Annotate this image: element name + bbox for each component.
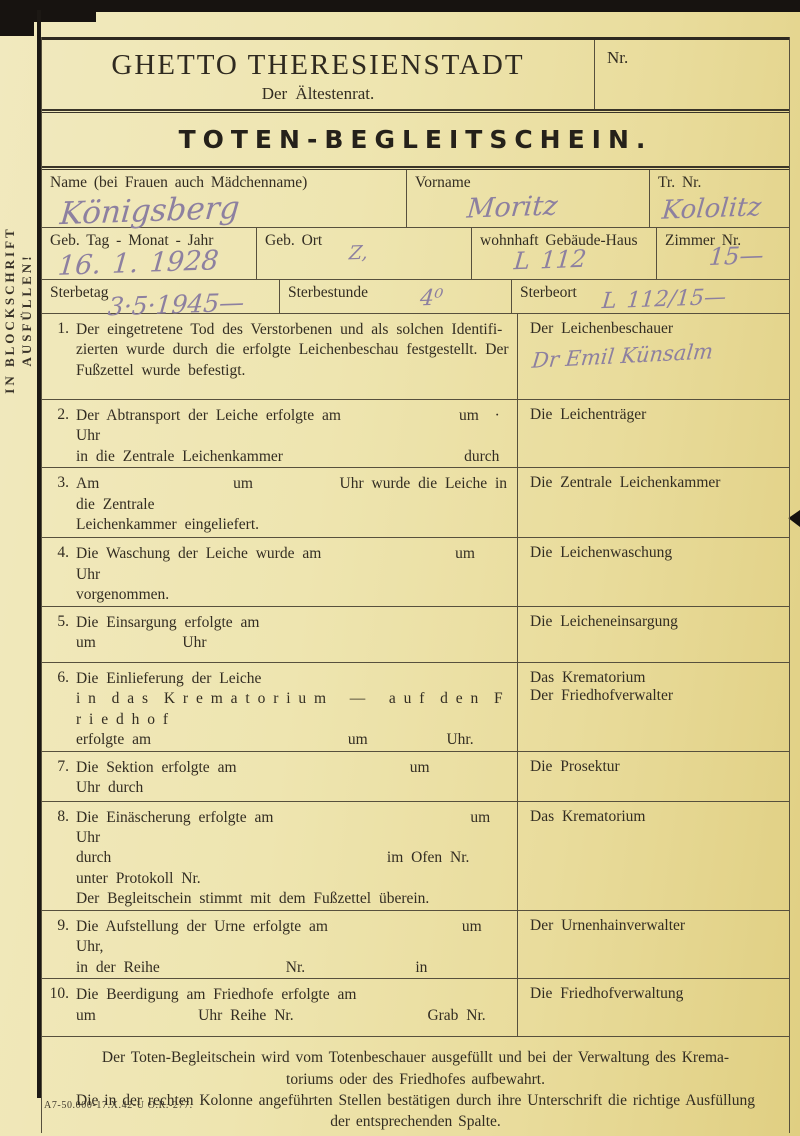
death-row: Sterbetag 3·5·1945— Sterbestunde 4⁰ Ster… xyxy=(42,280,789,314)
scan-edge-corner xyxy=(0,0,34,36)
department-subtitle: Der Ältestenrat. xyxy=(42,84,594,104)
number-box: Nr. xyxy=(594,40,789,109)
row-number: 3. xyxy=(46,474,76,537)
residence-field: wohnhaft Gebäude-Haus L 112 xyxy=(471,228,656,279)
name-row: Name (bei Frauen auch Mädchenname) König… xyxy=(42,170,789,228)
name-handwritten-value: Königsberg xyxy=(59,193,241,230)
vorname-handwritten-value: Moritz xyxy=(466,192,559,222)
room-nr-handwritten-value: 15— xyxy=(708,243,765,269)
birthdate-handwritten-value: 16. 1. 1928 xyxy=(57,247,220,280)
birthplace-field: Geb. Ort Z, xyxy=(256,228,471,279)
form-line: Am um Uhr wurde die Leiche in die Zentra… xyxy=(76,474,513,515)
vorname-field: Vorname Moritz xyxy=(406,170,649,227)
row-number: 5. xyxy=(46,613,76,662)
form-line: Der eingetretene Tod des Verstorbenen un… xyxy=(76,320,513,340)
form-line: durch im Ofen Nr. xyxy=(76,848,513,868)
confirmation-label: Das Krematorium xyxy=(530,808,785,826)
margin-note-line2: AUSFÜLLEN! xyxy=(18,160,35,460)
confirmation-cell: Der Urnenhainverwalter xyxy=(517,911,789,978)
confirmation-label: Die Prosektur xyxy=(530,758,785,776)
transport-nr-handwritten-value: Kololitz xyxy=(661,194,762,224)
organization-title: GHETTO THERESIENSTADT xyxy=(42,49,594,82)
confirmation-label: Die Leichenwaschung xyxy=(530,544,785,562)
death-place-handwritten-value: L 112/15— xyxy=(601,287,727,313)
confirmation-cell: Das Krematorium xyxy=(517,802,789,910)
form-line: in der Reihe Nr. in xyxy=(76,958,513,978)
footer-line: Der Toten-Begleitschein wird vom Totenbe… xyxy=(48,1047,783,1068)
death-hour-field: Sterbestunde 4⁰ xyxy=(279,280,511,313)
form-row-6: 6. Die Einlieferung der Leiche i n d a s… xyxy=(42,663,789,752)
form-row-8: 8. Die Einäscherung erfolgte am um Uhr d… xyxy=(42,802,789,911)
confirmation-label: Die Leichenträger xyxy=(530,406,785,424)
form-line: Die Aufstellung der Urne erfolgte am um … xyxy=(76,917,513,958)
birthplace-label: Geb. Ort xyxy=(265,232,322,249)
form-line: Die Beerdigung am Friedhofe erfolgte am xyxy=(76,985,513,1005)
death-date-field: Sterbetag 3·5·1945— xyxy=(42,280,279,313)
row-number: 9. xyxy=(46,917,76,978)
form-row-1: 1. Der eingetretene Tod des Verstorbenen… xyxy=(42,314,789,400)
footer-line: toriums oder des Friedhofes aufbewahrt. xyxy=(48,1069,783,1090)
form-row-3: 3. Am um Uhr wurde die Leiche in die Zen… xyxy=(42,468,789,538)
form-line: um Uhr xyxy=(76,633,513,653)
form-line: Fußzettel wurde befestigt. xyxy=(76,361,513,381)
form-row-10: 10. Die Beerdigung am Friedhofe erfolgte… xyxy=(42,979,789,1037)
row-number: 7. xyxy=(46,758,76,801)
confirmation-cell: Die Leicheneinsargung xyxy=(517,607,789,662)
form-line: i n d a s K r e m a t o r i u m — a u f … xyxy=(76,689,513,730)
confirmation-cell: Der Leichenbeschauer Dr Emil Künsalm xyxy=(517,314,789,399)
row-number: 8. xyxy=(46,808,76,910)
confirmation-label: Der Urnenhainverwalter xyxy=(530,917,785,935)
form-line: Der Begleitschein stimmt mit dem Fußzett… xyxy=(76,889,513,909)
confirmation-label: Der Leichenbeschauer xyxy=(530,320,785,338)
transport-nr-field: Tr. Nr. Kololitz xyxy=(649,170,789,227)
form-line: Leichenkammer eingeliefert. xyxy=(76,515,513,535)
margin-note-line1: IN BLOCKSCHRIFT xyxy=(1,160,18,460)
death-place-label: Sterbeort xyxy=(520,284,577,301)
confirmation-cell: Die Prosektur xyxy=(517,752,789,801)
form-line: erfolgte am um Uhr. xyxy=(76,730,513,750)
margin-note: IN BLOCKSCHRIFT AUSFÜLLEN! xyxy=(1,160,37,460)
vorname-label: Vorname xyxy=(415,174,471,191)
form-line: Die Waschung der Leiche wurde am um Uhr xyxy=(76,544,513,585)
form-row-5: 5. Die Einsargung erfolgte am um Uhr Die… xyxy=(42,607,789,663)
name-label: Name (bei Frauen auch Mädchenname) xyxy=(50,174,307,191)
confirmation-cell: Die Leichenwaschung xyxy=(517,538,789,605)
death-certificate-form: GHETTO THERESIENSTADT Der Ältestenrat. N… xyxy=(41,37,790,1133)
confirmation-label: Der Friedhofverwalter xyxy=(530,687,785,705)
death-date-handwritten-value: 3·5·1945— xyxy=(107,290,245,320)
death-hour-handwritten-value: 4⁰ xyxy=(419,288,444,311)
scan-edge-top xyxy=(0,0,800,12)
confirmation-label: Die Zentrale Leichenkammer xyxy=(530,474,785,492)
form-line: zierten wurde durch die erfolgte Leichen… xyxy=(76,340,513,360)
form-row-7: 7. Die Sektion erfolgte am um Uhr durch … xyxy=(42,752,789,802)
examiner-signature: Dr Emil Künsalm xyxy=(531,341,714,372)
birth-row: Geb. Tag - Monat - Jahr 16. 1. 1928 Geb.… xyxy=(42,228,789,280)
print-code: A7-50.000-17.X.42-U O.R.-277. xyxy=(44,1100,193,1111)
form-line: Die Einlieferung der Leiche xyxy=(76,669,513,689)
confirmation-label: Das Krematorium xyxy=(530,669,785,687)
form-line: um Uhr Reihe Nr. Grab Nr. xyxy=(76,1006,513,1026)
death-hour-label: Sterbestunde xyxy=(288,284,368,301)
name-field: Name (bei Frauen auch Mädchenname) König… xyxy=(42,170,406,227)
footer-instructions: Der Toten-Begleitschein wird vom Totenbe… xyxy=(42,1037,789,1133)
row-number: 10. xyxy=(46,985,76,1036)
form-header: GHETTO THERESIENSTADT Der Ältestenrat. N… xyxy=(42,37,789,109)
death-place-field: Sterbeort L 112/15— xyxy=(511,280,789,313)
room-nr-field: Zimmer Nr. 15— xyxy=(656,228,789,279)
row-number: 4. xyxy=(46,544,76,605)
confirmation-label: Die Friedhofverwaltung xyxy=(530,985,785,1003)
form-line: unter Protokoll Nr. xyxy=(76,869,513,889)
form-line: vorgenommen. xyxy=(76,585,513,605)
death-date-label: Sterbetag xyxy=(50,284,109,301)
form-line: Die Einäscherung erfolgte am um Uhr xyxy=(76,808,513,849)
form-row-2: 2. Der Abtransport der Leiche erfolgte a… xyxy=(42,400,789,468)
confirmation-cell: Die Zentrale Leichenkammer xyxy=(517,468,789,537)
confirmation-cell: Das Krematorium Der Friedhofverwalter xyxy=(517,663,789,751)
row-number: 2. xyxy=(46,406,76,467)
confirmation-cell: Die Friedhofverwaltung xyxy=(517,979,789,1036)
confirmation-cell: Die Leichenträger xyxy=(517,400,789,467)
footer-line: der entsprechenden Spalte. xyxy=(48,1111,783,1132)
birthplace-handwritten-value: Z, xyxy=(348,244,369,264)
residence-handwritten-value: L 112 xyxy=(513,247,587,274)
row-number: 1. xyxy=(46,320,76,399)
number-label: Nr. xyxy=(607,48,628,67)
form-row-9: 9. Die Aufstellung der Urne erfolgte am … xyxy=(42,911,789,979)
confirmation-label: Die Leicheneinsargung xyxy=(530,613,785,631)
form-line: Der Abtransport der Leiche erfolgte am u… xyxy=(76,406,513,447)
form-line: Die Sektion erfolgte am um Uhr durch xyxy=(76,758,513,799)
birthdate-field: Geb. Tag - Monat - Jahr 16. 1. 1928 xyxy=(42,228,256,279)
transport-nr-label: Tr. Nr. xyxy=(658,174,701,191)
row-number: 6. xyxy=(46,669,76,751)
form-line: in die Zentrale Leichenkammer durch xyxy=(76,447,513,467)
form-row-4: 4. Die Waschung der Leiche wurde am um U… xyxy=(42,538,789,606)
form-title: TOTEN-BEGLEITSCHEIN. xyxy=(179,125,653,154)
form-line: Die Einsargung erfolgte am xyxy=(76,613,513,633)
